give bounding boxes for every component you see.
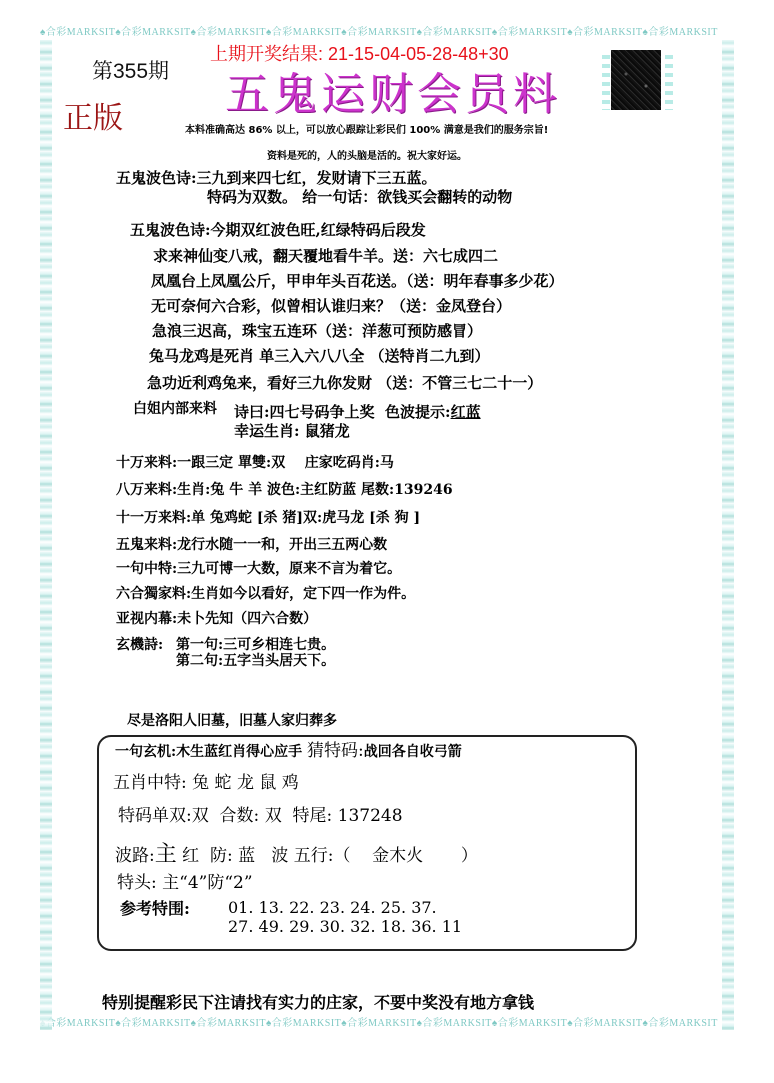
qr-decoration-right <box>665 55 673 110</box>
info-row-text: 生肖:兔 牛 羊 波色:主红防蓝 尾数:139246 <box>177 482 452 498</box>
poem-2-verse: 求来神仙变八戒，翻天覆地看牛羊。送：六七成四二 <box>153 245 498 266</box>
info-row-wugui: 五鬼来料:龙行水随一一和，开出三五两心数 <box>116 534 387 554</box>
wuxing-label: 波 五行:（ <box>271 846 350 866</box>
watermark-top: ♠合彩MARKSIT♠合彩MARKSIT♠合彩MARKSIT♠合彩MARKSIT… <box>40 26 734 40</box>
wuxing-value: 金木火 <box>372 846 423 866</box>
bolu-guard: 蓝 <box>238 846 255 866</box>
yiju-label: 一句玄机: <box>115 744 176 760</box>
box-row-xuanji: 一句玄机:木生蓝红肖得心应手 猜特码:战回各自收弓箭 <box>115 736 462 761</box>
info-row-text: 龙行水随一一和，开出三五两心数 <box>177 537 387 553</box>
issue-number: 第355期 <box>92 55 169 85</box>
color-hint: 红蓝 <box>451 403 481 421</box>
info-row-text: 单 兔鸡蛇 [杀 猪]双:虎马龙 [杀 狗 ] <box>191 510 420 526</box>
poem-2-verse: 凤凰台上凤凰公斤，甲申年头百花送。（送：明年春事多少花） <box>151 270 564 291</box>
heshu-value: 双 <box>265 806 282 826</box>
yiju-text: 木生蓝红肖得心应手 <box>176 744 302 760</box>
xuanji-line-2: 第二句:五字当头居天下。 <box>176 650 335 670</box>
info-row-text: 三九可博一大数，原来不言为着它。 <box>177 561 401 577</box>
info-row-100k: 十万来料:一跟三定 單雙:双 庄家吃码肖:马 <box>116 452 394 472</box>
genuine-badge: 正版 <box>63 93 123 137</box>
poem-2-label: 五鬼波色诗: <box>130 221 211 239</box>
info-row-extra: 庄家吃码肖:马 <box>305 455 394 471</box>
lucky-zodiac: 鼠猪龙 <box>305 422 350 440</box>
guess-text: 战回各自收弓箭 <box>364 744 462 760</box>
slogan-luck: 资料是死的，人的头脑是活的。祝大家好运。 <box>267 147 467 162</box>
slogan-accuracy: 本料准确高达 86% 以上，可以放心跟踪让彩民们 100% 满意是我们的服务宗旨… <box>185 121 548 136</box>
tetou-label: 特头: <box>117 873 157 893</box>
tewei-label: 特尾: <box>293 806 333 826</box>
bolu-label: 波路: <box>115 846 155 866</box>
cankao-line-1: 01. 13. 22. 23. 24. 25. 37. <box>228 898 437 917</box>
baijie-poem: 四七号码争上奖 <box>270 403 375 421</box>
info-row-text: 未卜先知（四六合数） <box>177 611 317 627</box>
tewei-value: 137248 <box>338 806 403 826</box>
heshu-label: 合数: <box>220 806 260 826</box>
danshuang-value: 双 <box>192 806 209 826</box>
footer-notice: 特别提醒彩民下注请找有实力的庄家，不要中奖没有地方拿钱 <box>102 990 534 1013</box>
info-row-80k: 八万来料:生肖:兔 牛 羊 波色:主红防蓝 尾数:139246 <box>116 479 453 499</box>
baijie-label: 白姐内部来料 <box>133 398 217 418</box>
cankao-label: 参考特围: <box>120 896 190 919</box>
box-row-danshuang: 特码单双:双 合数: 双 特尾: 137248 <box>118 801 403 826</box>
qr-code-image <box>611 50 661 110</box>
watermark-right <box>722 40 734 1030</box>
info-row-110k: 十一万来料:单 兔鸡蛇 [杀 猪]双:虎马龙 [杀 狗 ] <box>116 507 420 527</box>
verse-line: 尽是洛阳人旧墓，旧墓人家归葬多 <box>127 710 337 730</box>
danshuang-label: 特码单双: <box>118 806 192 826</box>
color-hint-label: 色波提示: <box>385 403 451 421</box>
poem-2-row: 五鬼波色诗:今期双红波色旺,红绿特码后段发 <box>130 219 426 240</box>
poem-2-verse: 兔马龙鸡是死肖 单三入六八八全 （送特肖二九到） <box>149 345 489 366</box>
poem-1-row: 五鬼波色诗:三九到来四七红，发财请下三五蓝。 <box>116 167 437 188</box>
bolu-guard-label: 防: <box>210 846 233 866</box>
poem-2-verse: 急功近利鸡兔来，看好三九你发财 （送：不管三七二十一） <box>147 372 542 393</box>
info-row-yiju: 一句中特:三九可博一大数，原来不言为着它。 <box>116 558 401 578</box>
poem-2-line-1: 今期双红波色旺,红绿特码后段发 <box>211 221 426 239</box>
bolu-red: 红 <box>182 846 199 866</box>
xuanji-label: 玄機詩: <box>116 634 163 654</box>
lucky-row: 幸运生肖: 鼠猪龙 <box>234 420 350 441</box>
bolu-main: 主 <box>155 842 177 867</box>
info-row-label: 一句中特: <box>116 561 177 577</box>
poem-1-line-1: 三九到来四七红，发财请下三五蓝。 <box>197 169 437 187</box>
info-row-label: 十一万来料: <box>116 510 191 526</box>
page-title: 五鬼运财会员料 <box>225 58 561 122</box>
cankao-line-2: 27. 49. 29. 30. 32. 18. 36. 11 <box>228 917 462 936</box>
box-row-tetou: 特头: 主“4”防“2” <box>117 868 253 893</box>
wuxing-close: ） <box>461 846 478 866</box>
info-row-text: 一跟三定 單雙:双 <box>177 455 285 471</box>
poem-1-line-2: 特码为双数。 给一句话：欲钱买会翻转的动物 <box>207 186 512 207</box>
info-row-label: 五鬼来料: <box>116 537 177 553</box>
wuxiao-label: 五肖中特: <box>113 773 187 793</box>
poem-1-label: 五鬼波色诗: <box>116 169 197 187</box>
box-row-bolu: 波路:主 红 防: 蓝 波 五行:（ 金木火 ） <box>115 837 478 868</box>
info-row-liuhe: 六合獨家料:生肖如今以看好，定下四一作为件。 <box>116 583 415 603</box>
watermark-bottom: ♠合彩MARKSIT♠合彩MARKSIT♠合彩MARKSIT♠合彩MARKSIT… <box>40 1017 734 1031</box>
info-row-atv: 亚视内幕:未卜先知（四六合数） <box>116 608 317 628</box>
wuxiao-text: 兔 蛇 龙 鼠 鸡 <box>192 773 299 793</box>
box-row-wuxiao: 五肖中特: 兔 蛇 龙 鼠 鸡 <box>113 768 299 793</box>
tetou-value: 主“4”防“2” <box>162 873 252 893</box>
qr-decoration-left <box>602 55 610 110</box>
baijie-poem-label: 诗曰: <box>234 403 270 421</box>
poem-2-verse: 急浪三迟高，珠宝五连环（送：洋葱可预防感冒） <box>152 320 482 341</box>
watermark-left <box>40 40 52 1030</box>
info-row-label: 八万来料: <box>116 482 177 498</box>
baijie-poem-row: 诗曰:四七号码争上奖 色波提示:红蓝 <box>234 401 481 422</box>
info-row-text: 生肖如今以看好，定下四一作为件。 <box>191 586 415 602</box>
lucky-label: 幸运生肖: <box>234 422 300 440</box>
poem-2-verse: 无可奈何六合彩，似曾相认谁归来？（送：金凤登台） <box>151 295 511 316</box>
info-row-label: 十万来料: <box>116 455 177 471</box>
guess-label: 猜特码: <box>307 741 364 761</box>
info-row-label: 亚视内幕: <box>116 611 177 627</box>
info-row-label: 六合獨家料: <box>116 586 191 602</box>
